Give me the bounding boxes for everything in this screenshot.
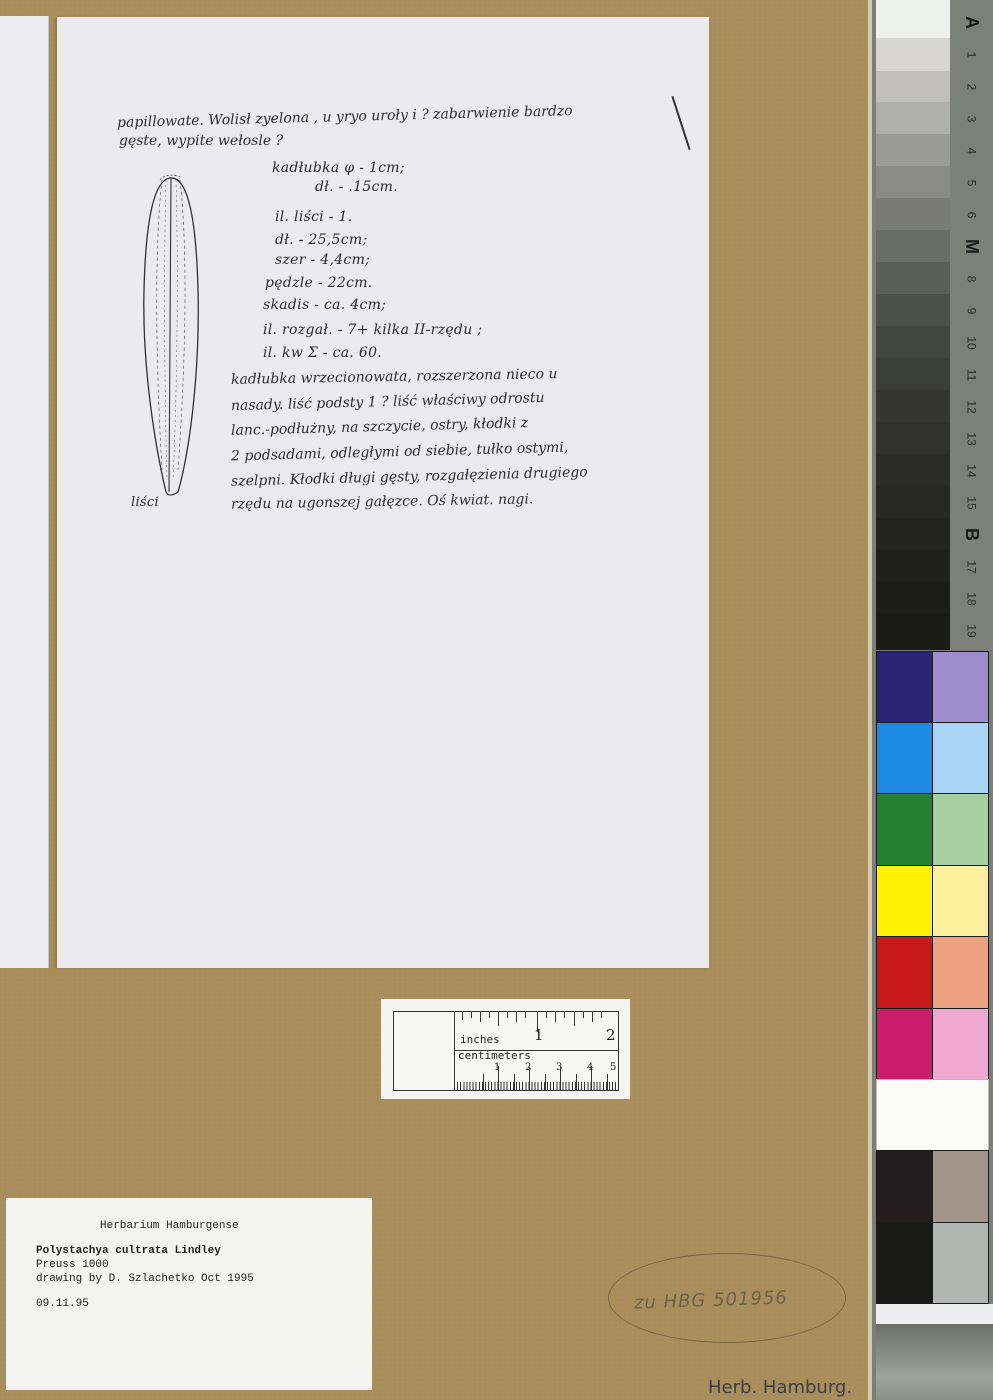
color-patch-red [876,936,933,1009]
cm-mark: 5 [610,1062,616,1073]
color-calibration-target: A 1 2 3 4 5 6 M 8 9 10 11 12 13 14 15 B … [872,0,993,1400]
measurement-line: dł. - 25,5cm; [275,232,368,248]
inch-mark: 2 [606,1026,616,1044]
drawing-credit: drawing by D. Szlachetko Oct 1995 [36,1273,254,1285]
description-line: nasady. liść podsty 1 ? liść właściwy od… [231,390,545,414]
measurement-line: dł. - .15cm. [315,179,398,195]
measurement-line: kadłubka φ - 1cm; [272,160,405,176]
measurement-line: szer - 4,4cm; [275,252,370,268]
color-patch-green [876,793,933,866]
taxon-name: Polystachya cultrata Lindley [36,1245,221,1257]
centimeters-label: centimeters [458,1049,531,1062]
scale-ruler: inches 1 2 centimeters 1 2 3 4 5 [393,1011,619,1091]
note-intro-line-2: gęste, wypite wełosle ? [119,133,283,149]
color-patch-white [876,1079,989,1151]
color-patch-yellow [876,865,933,937]
target-white-strip [876,1304,993,1324]
pseudobulb-drawing [138,170,208,500]
scale-ruler-card: inches 1 2 centimeters 1 2 3 4 5 [381,999,630,1099]
description-line: 2 podsadami, odległymi od siebie, tułko … [231,440,569,465]
measurement-line: il. rozgał. - 7+ kilka II-rzędu ; [263,322,482,338]
color-patch-light-gray [932,1222,989,1304]
collector-number: Preuss 1000 [36,1259,109,1271]
folded-back-sheet [0,16,49,968]
color-patch-dark-blue [876,651,933,723]
measurement-line: skadis - ca. 4cm; [263,297,386,313]
note-intro-line-1: papillowate. Wolisł zyelona , u yryo uro… [117,103,573,131]
label-date: 09.11.95 [36,1298,89,1310]
description-line: kadłubka wrzecionowata, rozszerzona niec… [231,366,558,388]
herbarium-stamp: Herb. Hamburg. [708,1377,852,1398]
color-patch-lavender [932,651,989,723]
color-patch-light-green [932,793,989,866]
measurement-line: il. liści - 1. [275,209,353,225]
description-line: lanc.-podłużny, na szczycie, ostry, kłod… [231,415,529,439]
inches-label: inches [460,1033,500,1046]
color-patch-salmon [932,936,989,1009]
institution-name: Herbarium Hamburgense [100,1220,239,1232]
color-patch-pink [932,1008,989,1080]
color-patch-light-yellow [932,865,989,937]
color-patch-black [876,1222,933,1304]
color-patch-magenta [876,1008,933,1080]
measurement-line: pędzle - 22cm. [265,275,373,291]
gray-scale-labels: A 1 2 3 4 5 6 M 8 9 10 11 12 13 14 15 B … [950,0,993,650]
color-patch-near-black [876,1150,933,1223]
description-line: szelpni. Kłodki długi gęsty, rozgałęzien… [231,464,588,489]
target-gray-background [876,1324,993,1400]
measurement-line: il. kw Σ - ca. 60. [263,345,382,361]
specimen-label: Herbarium Hamburgense Polystachya cultra… [6,1198,372,1390]
description-line: rzędu na ugonszej gałęzce. Oś kwiat. nag… [231,491,534,512]
color-patch-light-blue [932,722,989,794]
inch-mark: 1 [534,1026,544,1044]
color-patch-blue [876,722,933,794]
color-patch-taupe [932,1150,989,1223]
